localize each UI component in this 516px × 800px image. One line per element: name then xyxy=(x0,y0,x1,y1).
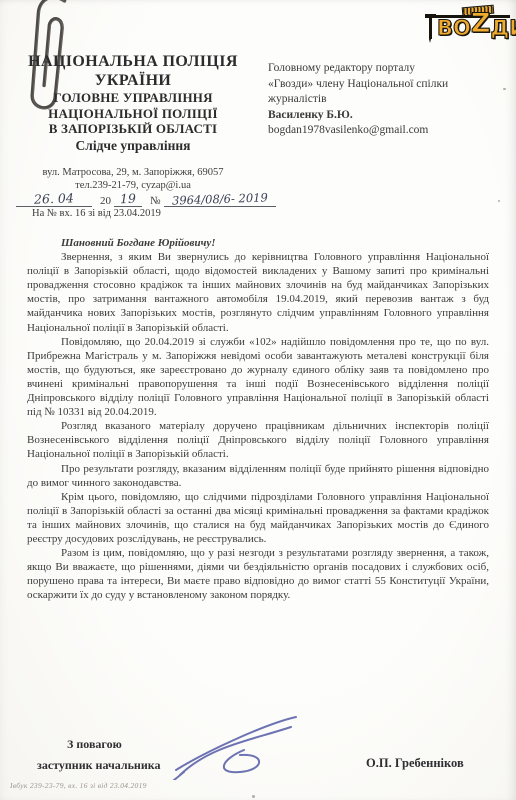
body-paragraph: Розгляд вказаного матеріалу доручено пра… xyxy=(27,419,489,461)
scan-speck xyxy=(503,88,506,90)
org-unit-line: ГОЛОВНЕ УПРАВЛІННЯ xyxy=(14,90,252,106)
logo-text-dy: ДИ xyxy=(490,16,516,40)
signer-name: О.П. Гребенніков xyxy=(366,756,464,771)
body-paragraph: Звернення, з яким Ви звернулись до керів… xyxy=(27,250,489,335)
addressee-line: Головному редактору порталу xyxy=(268,61,486,77)
signoff-respect: З повагою xyxy=(67,737,122,752)
signature-scribble xyxy=(170,712,302,780)
body-paragraph: Повідомляю, що 20.04.2019 зі служби «102… xyxy=(27,335,489,420)
handwritten-date: 26. 04 xyxy=(34,190,74,206)
addressee-name: Василенку Б.Ю. xyxy=(268,108,486,124)
handwritten-year: 19 xyxy=(120,191,136,207)
gvozdy-portal-logo: ВОZДИ xyxy=(425,5,511,45)
org-name-line: НАЦІОНАЛЬНА ПОЛІЦІЯ xyxy=(14,52,252,71)
org-unit-line: НАЦІОНАЛЬНОЇ ПОЛІЦІЇ xyxy=(14,106,252,122)
nail-icon-tip xyxy=(429,39,431,43)
logo-text-vo: ВО xyxy=(437,16,471,40)
scan-speck xyxy=(498,200,500,202)
salutation: Шановний Богдане Юрійовичу! xyxy=(27,236,489,250)
number-sign: № xyxy=(150,195,161,207)
addressee-block: Головному редактору порталу «Гвозди» чле… xyxy=(268,61,486,139)
org-department-line: Слідче управління xyxy=(14,138,252,154)
scanned-letter-page: ВОZДИ НАЦІОНАЛЬНА ПОЛІЦІЯ УКРАЇНИ ГОЛОВН… xyxy=(0,0,516,800)
letter-body: Шановний Богдане Юрійовичу! Звернення, з… xyxy=(27,236,489,602)
letterhead: НАЦІОНАЛЬНА ПОЛІЦІЯ УКРАЇНИ ГОЛОВНЕ УПРА… xyxy=(14,52,252,193)
org-name-line: УКРАЇНИ xyxy=(14,71,252,90)
date-underline: 26. 04 xyxy=(16,191,92,207)
body-paragraph: Крім цього, повідомляю, що слідчими підр… xyxy=(27,490,489,546)
nail-icon-shaft xyxy=(429,15,433,39)
executor-note: Івбук 239-23-79, вх. 16 зі від 23.04.201… xyxy=(10,781,147,790)
incoming-reference: На № вх. 16 зі від 23.04.2019 xyxy=(32,208,296,219)
handwritten-number: 3964/08/6- 2019 xyxy=(171,190,267,207)
number-underline: 3964/08/6- 2019 xyxy=(164,192,276,207)
reference-line: 26. 04 20 19 № 3964/08/6- 2019 На № вх. … xyxy=(16,191,296,219)
scan-speck xyxy=(252,795,255,798)
body-paragraph: Про результати розгляду, вказаним відділ… xyxy=(27,462,489,490)
body-paragraph: Разом із цим, повідомляю, що у разі незг… xyxy=(27,546,489,602)
org-region-line: В ЗАПОРІЗЬКІЙ ОБЛАСТІ xyxy=(14,121,252,137)
addressee-line: журналістів xyxy=(268,92,486,108)
addressee-line: «Гвозди» члену Національної спілки xyxy=(268,77,486,93)
logo-wordmark: ВОZДИ xyxy=(437,15,516,40)
year-underline: 19 xyxy=(114,191,142,207)
signoff-position: заступник начальника xyxy=(37,758,161,773)
year-prefix: 20 xyxy=(100,195,111,207)
addressee-email: bogdan1978vasilenko@gmail.com xyxy=(268,123,486,139)
org-address: вул. Матросова, 29, м. Запоріжжя, 69057 xyxy=(14,166,252,180)
logo-text-z: Z xyxy=(471,12,491,36)
